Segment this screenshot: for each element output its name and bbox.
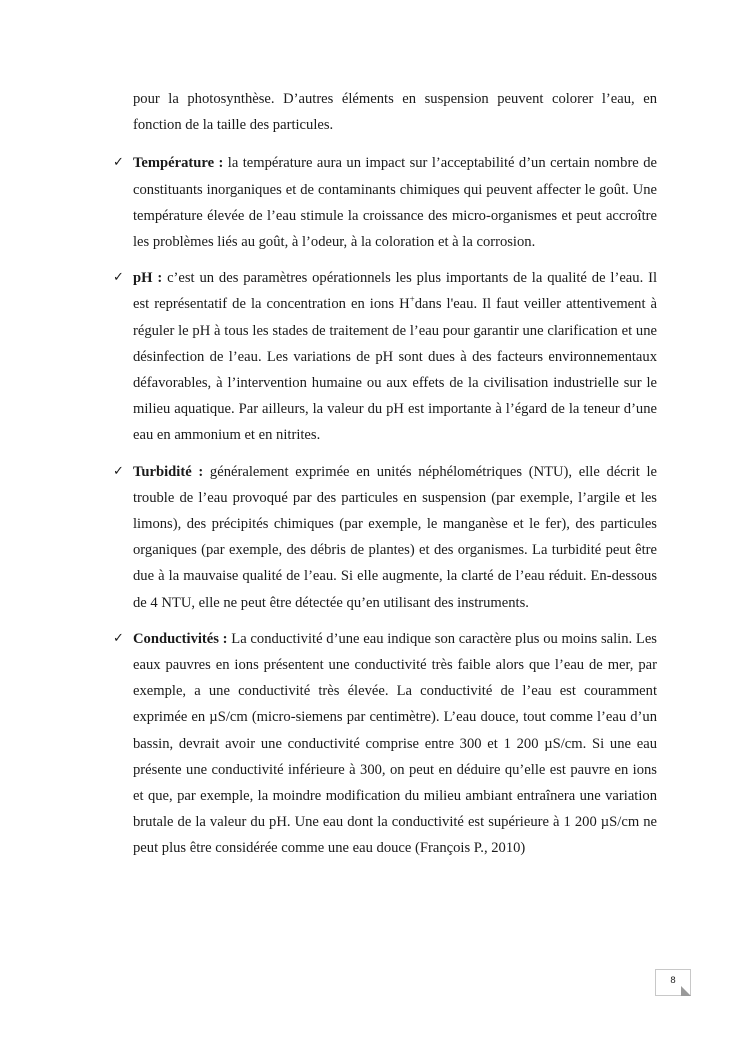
checkmark-icon: ✓	[113, 150, 127, 176]
term-conductivites: Conductivités :	[133, 631, 228, 647]
checkmark-icon: ✓	[113, 265, 127, 291]
checkmark-icon: ✓	[113, 459, 127, 485]
bullet-item-turbidite: ✓ Turbidité : généralement exprimée en u…	[113, 459, 657, 616]
document-page: pour la photosynthèse. D’autres éléments…	[0, 0, 745, 1053]
checkmark-icon: ✓	[113, 626, 127, 652]
folded-corner-icon	[681, 986, 691, 996]
page-number: 8	[670, 975, 675, 986]
term-ph: pH :	[133, 270, 162, 286]
intro-continuation-paragraph: pour la photosynthèse. D’autres éléments…	[113, 86, 657, 138]
definition-ph-part2: dans l'eau. Il faut veiller attentivemen…	[133, 296, 657, 443]
page-number-box: 8	[655, 969, 691, 996]
term-turbidite: Turbidité :	[133, 464, 203, 480]
bullet-item-conductivites: ✓ Conductivités : La conductivité d’une …	[113, 626, 657, 862]
definition-conductivites: La conductivité d’une eau indique son ca…	[133, 631, 657, 857]
page-body: pour la photosynthèse. D’autres éléments…	[113, 86, 657, 862]
definition-turbidite: généralement exprimée en unités néphélom…	[133, 464, 657, 611]
term-temperature: Température :	[133, 155, 223, 171]
bullet-item-ph: ✓ pH : c’est un des paramètres opération…	[113, 265, 657, 448]
bullet-item-temperature: ✓ Température : la température aura un i…	[113, 150, 657, 255]
